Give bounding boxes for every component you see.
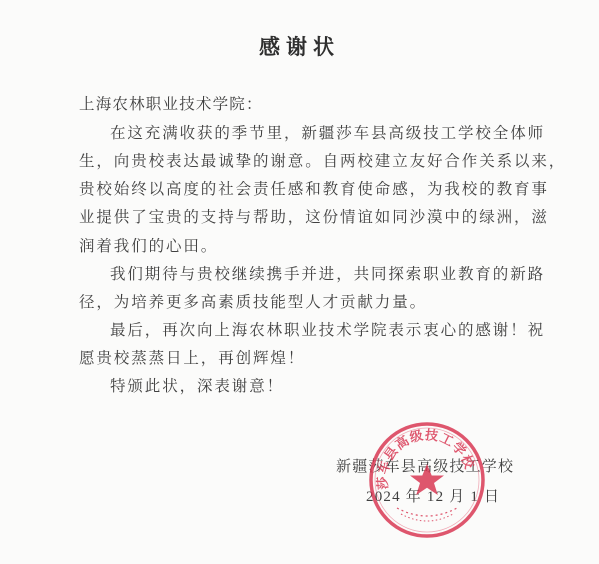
- paragraph-2-line-1: 我们期待与贵校继续携手并进，共同探索职业教育的新路: [110, 264, 545, 284]
- official-seal-icon: 莎车县高级技工学校: [367, 420, 487, 540]
- certificate-title: 感谢状: [0, 31, 599, 61]
- paragraph-1-line-2: 生，向贵校表达最诚挚的谢意。自两校建立友好合作关系以来，: [79, 151, 566, 171]
- closing-line: 特颁此状，深表谢意！: [110, 376, 284, 396]
- paragraph-1-line-1: 在这充满收获的季节里，新疆莎车县高级技工学校全体师: [110, 123, 545, 143]
- paragraph-1-line-5: 润着我们的心田。: [79, 236, 218, 256]
- paragraph-3-line-2: 愿贵校蒸蒸日上，再创辉煌！: [79, 348, 305, 368]
- salutation: 上海农林职业技术学院：: [79, 94, 263, 114]
- paragraph-2-line-2: 径，为培养更多高素质技能型人才贡献力量。: [79, 292, 427, 312]
- paragraph-3-line-1: 最后，再次向上海农林职业技术学院表示衷心的感谢！祝: [110, 320, 545, 340]
- certificate-page: 感谢状 上海农林职业技术学院： 在这充满收获的季节里，新疆莎车县高级技工学校全体…: [0, 0, 599, 564]
- paragraph-1-line-4: 业提供了宝贵的支持与帮助，这份情谊如同沙漠中的绿洲，滋: [79, 207, 549, 227]
- paragraph-1-line-3: 贵校始终以高度的社会责任感和教育使命感，为我校的教育事: [79, 179, 549, 199]
